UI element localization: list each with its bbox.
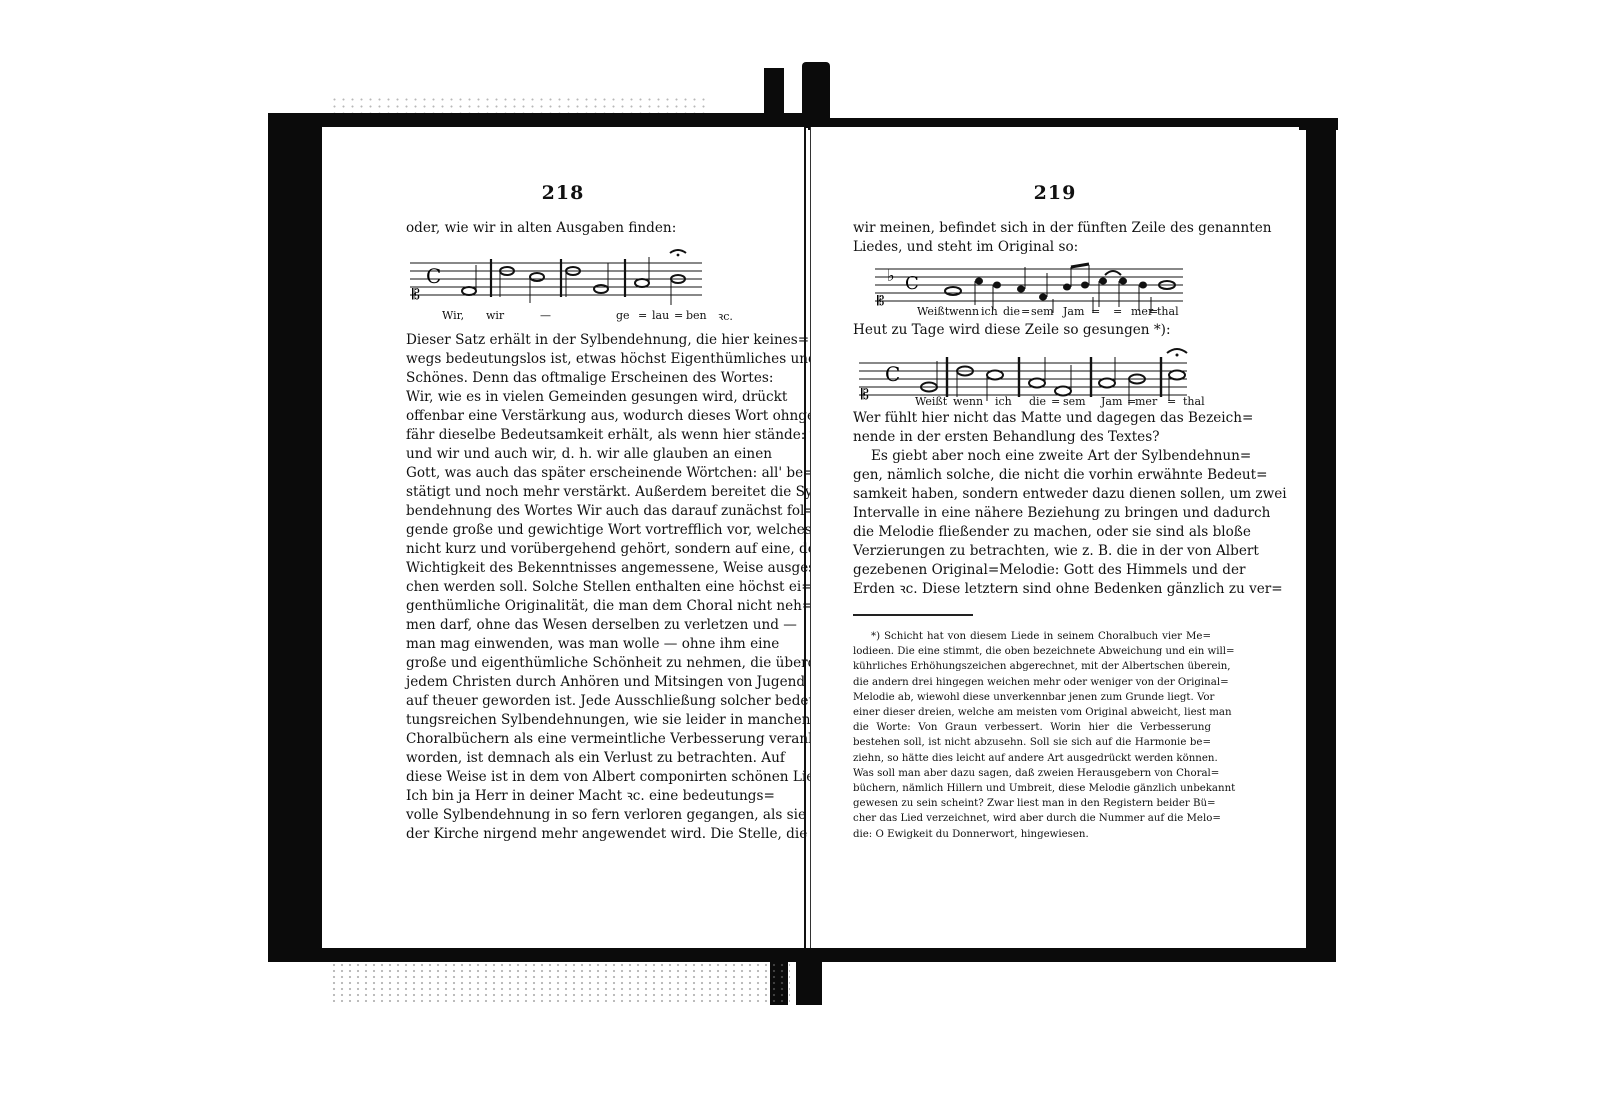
book-cover-edge	[1306, 118, 1336, 960]
left-page: 218 oder, wie wir in alten Ausgaben find…	[322, 127, 806, 948]
right-page: 219 wir meinen, befindet sich in der fün…	[810, 127, 1299, 948]
text-line: samkeit haben, sondern entweder dazu die…	[853, 485, 1221, 504]
svg-text:♭: ♭	[887, 266, 895, 285]
text-line: die Melodie fließender zu machen, oder s…	[853, 523, 1221, 542]
text-line: gende große und gewichtige Wort vortreff…	[406, 521, 772, 540]
text-line: Erden ꝛc. Diese letztern sind ohne Beden…	[853, 580, 1221, 599]
intro-lines: wir meinen, befindet sich in der fünften…	[853, 219, 1221, 257]
book-cover-edge	[268, 113, 808, 127]
music-staff-left: 𝄡 C	[410, 257, 710, 317]
text-line: Schönes. Denn das oftmalige Erscheinen d…	[406, 369, 772, 388]
footnote-line: ziehn, so hätte dies leicht auf andere A…	[853, 751, 1211, 766]
lyrics-line-original: Weißt wenn ich die = sem Jam = = mer = t…	[917, 305, 1217, 319]
text-line: nicht kurz und vorübergehend gehört, son…	[406, 540, 772, 559]
text-line: gen, nämlich solche, die nicht die vorhi…	[853, 466, 1221, 485]
text-line: Wir, wie es in vielen Gemeinden gesungen…	[406, 388, 772, 407]
text-line: men darf, ohne das Wesen derselben zu ve…	[406, 616, 772, 635]
svg-text:C: C	[905, 273, 919, 294]
text-line: der Kirche nirgend mehr angewendet wird.…	[406, 825, 772, 844]
body-text: Wer fühlt hier nicht das Matte und dageg…	[853, 409, 1221, 599]
text-line: chen werden soll. Solche Stellen enthalt…	[406, 578, 772, 597]
text-line: Ich bin ja Herr in deiner Macht ꝛc. eine…	[406, 787, 772, 806]
lyrics-line-modern: Weißt wenn ich die = sem Jam = mer = tha…	[915, 395, 1235, 409]
footnote-line: einer dieser dreien, welche am meisten v…	[853, 705, 1211, 720]
text-line: Es giebt aber noch eine zweite Art der S…	[853, 447, 1221, 466]
text-line: fähr dieselbe Bedeutsamkeit erhält, als …	[406, 426, 772, 445]
scan-noise-top	[330, 96, 710, 114]
text-line: Choralbüchern als eine vermeintliche Ver…	[406, 730, 772, 749]
binding-tab	[796, 950, 822, 1005]
text-line: volle Sylbendehnung in so fern verloren …	[406, 806, 772, 825]
footnote-line: lodieen. Die eine stimmt, die oben bezei…	[853, 644, 1211, 659]
text-line: Wer fühlt hier nicht das Matte und dageg…	[853, 409, 1221, 428]
page-number: 219	[811, 182, 1299, 204]
svg-text:𝄡: 𝄡	[877, 293, 884, 309]
text-line: große und eigenthümliche Schönheit zu ne…	[406, 654, 772, 673]
footnote-line: bestehen soll, ist nicht abzusehn. Soll …	[853, 735, 1211, 750]
footnote-line: die Worte: Von Graun verbessert. Worin h…	[853, 720, 1211, 735]
musical-notation-icon: 𝄡 C	[410, 257, 710, 317]
text-line: Wichtigkeit des Bekenntnisses angemessen…	[406, 559, 772, 578]
footnote-line: Melodie ab, wiewohl diese unverkennbar j…	[853, 690, 1211, 705]
footnote-line: *) Schicht hat von diesem Liede in seine…	[853, 629, 1211, 644]
text-line: tungsreichen Sylbendehnungen, wie sie le…	[406, 711, 772, 730]
page-number: 218	[322, 182, 804, 204]
text-line: auf theuer geworden ist. Jede Ausschließ…	[406, 692, 772, 711]
text-line: stätigt und noch mehr verstärkt. Außerde…	[406, 483, 772, 502]
intro-line: oder, wie wir in alten Ausgaben finden:	[406, 219, 766, 238]
text-line: offenbar eine Verstärkung aus, wodurch d…	[406, 407, 772, 426]
svg-text:𝄡: 𝄡	[861, 387, 869, 403]
footnote-line: cher das Lied verzeichnet, wird aber dur…	[853, 811, 1211, 826]
footnote-divider	[853, 614, 973, 616]
text-line: worden, ist demnach als ein Verlust zu b…	[406, 749, 772, 768]
lyrics-line: Wir, wir — ge = lau = ben ꝛc.	[442, 309, 722, 323]
scan-noise-bottom	[330, 962, 790, 1002]
footnote-line: kührliches Erhöhungszeichen abgerechnet,…	[853, 659, 1211, 674]
book-cover-edge	[268, 118, 328, 960]
footnote-line: büchern, nämlich Hillern und Umbreit, di…	[853, 781, 1211, 796]
text-line: Verzierungen zu betrachten, wie z. B. di…	[853, 542, 1221, 561]
middle-line: Heut zu Tage wird diese Zeile so gesunge…	[853, 321, 1221, 340]
text-line: Dieser Satz erhält in der Sylbendehnung,…	[406, 331, 772, 350]
footnote-line: Was soll man aber dazu sagen, daß zweien…	[853, 766, 1211, 781]
text-line: und wir und auch wir, d. h. wir alle gla…	[406, 445, 772, 464]
svg-text:𝄡: 𝄡	[412, 287, 420, 303]
text-line: wegs bedeutungslos ist, etwas höchst Eig…	[406, 350, 772, 369]
footnote-line: die andern drei hingegen weichen mehr od…	[853, 675, 1211, 690]
text-line: Gott, was auch das später erscheinende W…	[406, 464, 772, 483]
footnote-line: die: O Ewigkeit du Donnerwort, hingewies…	[853, 827, 1211, 842]
text-line: bendehnung des Wortes Wir auch das darau…	[406, 502, 772, 521]
text-line: Intervalle in eine nähere Beziehung zu b…	[853, 504, 1221, 523]
text-line: genthümliche Originalität, die man dem C…	[406, 597, 772, 616]
text-line: jedem Christen durch Anhören und Mitsing…	[406, 673, 772, 692]
text-line: nende in der ersten Behandlung des Texte…	[853, 428, 1221, 447]
svg-text:C: C	[885, 362, 900, 386]
footnote: *) Schicht hat von diesem Liede in seine…	[853, 629, 1211, 842]
footnote-line: gewesen zu sein scheint? Zwar liest man …	[853, 796, 1211, 811]
text-line: diese Weise ist in dem von Albert compon…	[406, 768, 772, 787]
text-line: gezebenen Original=Melodie: Gott des Him…	[853, 561, 1221, 580]
text-line: man mag einwenden, was man wolle — ohne …	[406, 635, 772, 654]
svg-text:C: C	[426, 264, 441, 288]
body-text: Dieser Satz erhält in der Sylbendehnung,…	[406, 331, 772, 844]
